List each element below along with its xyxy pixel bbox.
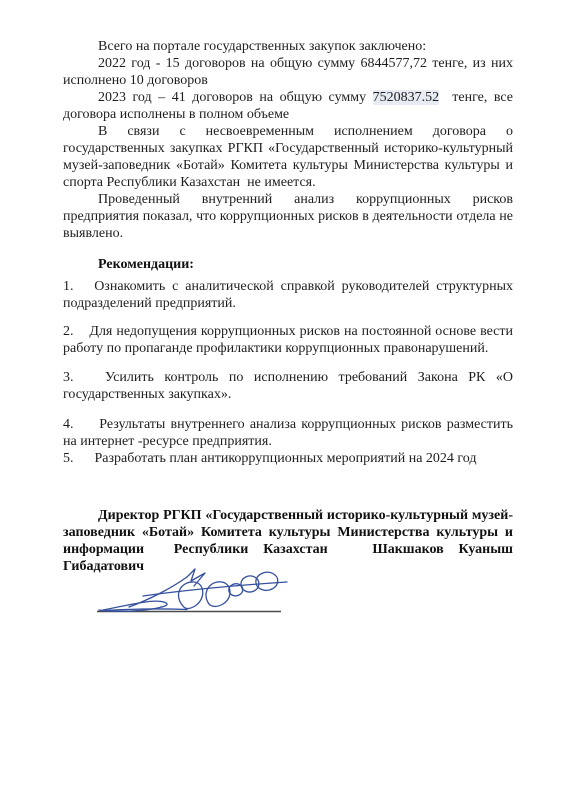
paragraph-overdue-contracts: В связи с несвоевременным исполнением до… — [63, 123, 513, 191]
document-content: Всего на портале государственных закупок… — [63, 38, 513, 617]
paragraph-analysis-result: Проведенный внутренний анализ коррупцион… — [63, 191, 513, 242]
highlighted-amount: 7520837.52 — [373, 90, 440, 105]
recommendation-item-5: 5. Разработать план антикоррупционных ме… — [63, 450, 513, 467]
recommendations-heading: Рекомендации: — [63, 256, 513, 273]
recommendation-item-2: 2. Для недопущения коррупционных рисков … — [63, 323, 513, 357]
signature-scribble-icon — [91, 565, 296, 617]
recommendation-item-4: 4. Результаты внутреннего анализа корруп… — [63, 416, 513, 450]
recommendation-item-1: 1. Ознакомить с аналитической справкой р… — [63, 278, 513, 312]
paragraph-2022-contracts: 2022 год - 15 договоров на общую сумму 6… — [63, 55, 513, 89]
paragraph-2023-contracts: 2023 год – 41 договоров на общую сумму 7… — [63, 89, 513, 123]
handwritten-signature — [91, 565, 296, 617]
document-page: Всего на портале государственных закупок… — [0, 0, 566, 800]
paragraph-total-intro: Всего на портале государственных закупок… — [63, 38, 513, 55]
recommendation-item-3: 3. Усилить контроль по исполнению требов… — [63, 369, 513, 403]
paragraph-2023-pre: 2023 год – 41 договоров на общую сумму — [98, 90, 373, 105]
